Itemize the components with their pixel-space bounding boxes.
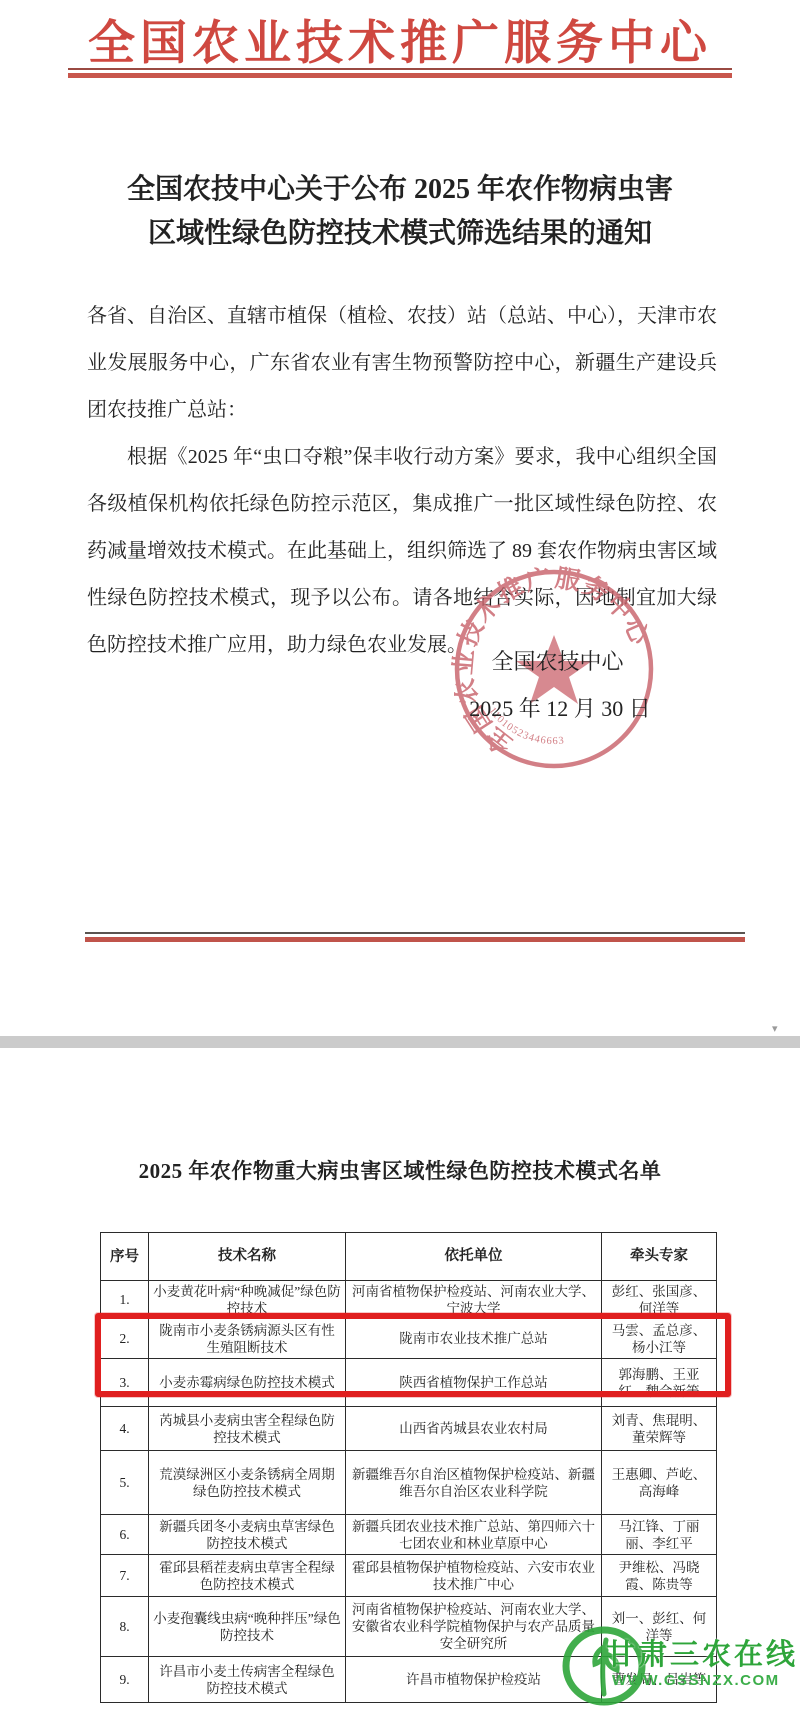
document-title: 全国农技中心关于公布 2025 年农作物病虫害 区域性绿色防控技术模式筛选结果的…	[0, 168, 800, 256]
page-footer-divider	[85, 932, 745, 942]
lead-experts: 王惠卿、芦屹、高海峰	[602, 1451, 717, 1515]
row-number: 2.	[101, 1319, 149, 1359]
signature-org: 全国农技中心	[455, 645, 660, 676]
page-separator	[0, 1036, 800, 1048]
signature-date: 2025 年 12 月 30 日	[440, 692, 680, 723]
roster-row: 3.小麦赤霉病绿色防控技术模式陕西省植物保护工作总站郭海鹏、王亚红、魏会新等	[101, 1359, 717, 1407]
lead-experts: 马雲、孟总彦、杨小江等	[602, 1319, 717, 1359]
tech-name: 芮城县小麦病虫害全程绿色防控技术模式	[149, 1407, 346, 1451]
roster-row: 1.小麦黄花叶病“种晚减促”绿色防控技术河南省植物保护检疫站、河南农业大学、宁波…	[101, 1281, 717, 1319]
row-number: 6.	[101, 1515, 149, 1555]
tech-name: 许昌市小麦土传病害全程绿色防控技术模式	[149, 1657, 346, 1703]
support-unit: 河南省植物保护检疫站、河南农业大学、宁波大学	[346, 1281, 602, 1319]
tech-name: 荒漠绿洲区小麦条锈病全周期绿色防控技术模式	[149, 1451, 346, 1515]
tech-name: 霍邱县稻茬麦病虫草害全程绿色防控技术模式	[149, 1555, 346, 1597]
site-watermark: 甘肃三农在线 WWW.GSSNZX.COM	[562, 1616, 800, 1709]
roster-row: 7.霍邱县稻茬麦病虫草害全程绿色防控技术模式霍邱县植物保护植物检疫站、六安市农业…	[101, 1555, 717, 1597]
support-unit: 新疆兵团农业技术推广总站、第四师六十七团农业和林业草原中心	[346, 1515, 602, 1555]
support-unit: 霍邱县植物保护植物检疫站、六安市农业技术推广中心	[346, 1555, 602, 1597]
roster-col-header: 序号	[101, 1233, 149, 1281]
support-unit: 陕西省植物保护工作总站	[346, 1359, 602, 1407]
masthead-title: 全国农业技术推广服务中心	[0, 6, 800, 73]
roster-col-header: 牵头专家	[602, 1233, 717, 1281]
tech-name: 新疆兵团冬小麦病虫草害绿色防控技术模式	[149, 1515, 346, 1555]
row-number: 8.	[101, 1597, 149, 1657]
roster-row: 5.荒漠绿洲区小麦条锈病全周期绿色防控技术模式新疆维吾尔自治区植物保护检疫站、新…	[101, 1451, 717, 1515]
recipients-paragraph: 各省、自治区、直辖市植保（植检、农技）站（总站、中心），天津市农业发展服务中心，…	[87, 293, 717, 434]
lead-experts: 尹维松、冯晓霞、陈贵等	[602, 1555, 717, 1597]
roster-title: 2025 年农作物重大病虫害区域性绿色防控技术模式名单	[0, 1155, 800, 1185]
watermark-name: 甘肃三农在线	[606, 1632, 800, 1673]
lead-experts: 郭海鹏、王亚红、魏会新等	[602, 1359, 717, 1407]
row-number: 7.	[101, 1555, 149, 1597]
support-unit: 新疆维吾尔自治区植物保护检疫站、新疆维吾尔自治区农业科学院	[346, 1451, 602, 1515]
tech-name: 陇南市小麦条锈病源头区有性生殖阻断技术	[149, 1319, 346, 1359]
row-number: 1.	[101, 1281, 149, 1319]
lead-experts: 刘青、焦琨明、董荣辉等	[602, 1407, 717, 1451]
roster-header-row: 序号技术名称依托单位牵头专家	[101, 1233, 717, 1281]
row-number: 4.	[101, 1407, 149, 1451]
row-number: 9.	[101, 1657, 149, 1703]
row-number: 3.	[101, 1359, 149, 1407]
watermark-url: WWW.GSSNZX.COM	[612, 1672, 800, 1689]
roster-row: 2.陇南市小麦条锈病源头区有性生殖阻断技术陇南市农业技术推广总站马雲、孟总彦、杨…	[101, 1319, 717, 1359]
roster-row: 6.新疆兵团冬小麦病虫草害绿色防控技术模式新疆兵团农业技术推广总站、第四师六十七…	[101, 1515, 717, 1555]
lead-experts: 马江锋、丁丽丽、李红平	[602, 1515, 717, 1555]
support-unit: 陇南市农业技术推广总站	[346, 1319, 602, 1359]
masthead-divider	[68, 68, 732, 78]
scroll-indicator-icon[interactable]: ▾	[772, 1022, 778, 1035]
document-title-line1: 全国农技中心关于公布 2025 年农作物病虫害	[0, 168, 800, 212]
tech-name: 小麦黄花叶病“种晚减促”绿色防控技术	[149, 1281, 346, 1319]
support-unit: 山西省芮城县农业农村局	[346, 1407, 602, 1451]
roster-col-header: 依托单位	[346, 1233, 602, 1281]
roster-col-header: 技术名称	[149, 1233, 346, 1281]
document-title-line2: 区域性绿色防控技术模式筛选结果的通知	[0, 212, 800, 256]
row-number: 5.	[101, 1451, 149, 1515]
lead-experts: 彭红、张国彦、何洋等	[602, 1281, 717, 1319]
roster-row: 4.芮城县小麦病虫害全程绿色防控技术模式山西省芮城县农业农村局刘青、焦琨明、董荣…	[101, 1407, 717, 1451]
tech-name: 小麦孢囊线虫病“晚种拌压”绿色防控技术	[149, 1597, 346, 1657]
tech-name: 小麦赤霉病绿色防控技术模式	[149, 1359, 346, 1407]
